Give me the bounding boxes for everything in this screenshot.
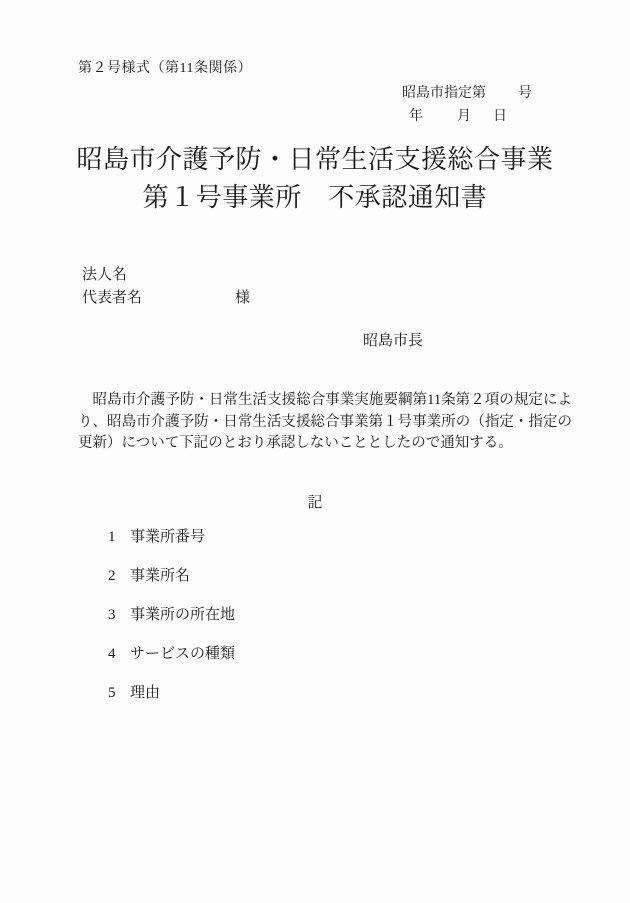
recipient-block: 法人名 代表者名様 bbox=[82, 264, 250, 310]
item-number: 5 bbox=[108, 686, 116, 701]
item-number: 1 bbox=[108, 530, 116, 545]
mayor-signature: 昭島市長 bbox=[363, 329, 423, 350]
honorific-label: 様 bbox=[235, 290, 250, 306]
designation-number-line: 昭島市指定第号 bbox=[402, 82, 532, 102]
item-label: 事業所番号 bbox=[130, 529, 205, 545]
list-item: 5理由 bbox=[108, 686, 235, 701]
list-item: 2事業所名 bbox=[108, 569, 235, 584]
item-number: 3 bbox=[108, 608, 116, 623]
item-label: 事業所の所在地 bbox=[130, 607, 235, 623]
list-item: 1事業所番号 bbox=[108, 530, 235, 545]
item-label: 事業所名 bbox=[130, 568, 190, 584]
item-number: 4 bbox=[108, 647, 116, 662]
document-page: 第２号様式（第11条関係） 昭島市指定第号 年月日 昭島市介護予防・日常生活支援… bbox=[0, 0, 630, 903]
item-label: 理由 bbox=[130, 685, 160, 701]
representative-line: 代表者名様 bbox=[82, 287, 250, 310]
date-year-label: 年 bbox=[409, 109, 423, 124]
notes-heading: 記 bbox=[0, 491, 630, 512]
date-line: 年月日 bbox=[409, 105, 507, 125]
designation-suffix: 号 bbox=[518, 86, 532, 101]
form-number: 第２号様式（第11条関係） bbox=[78, 57, 252, 77]
list-item: 3事業所の所在地 bbox=[108, 608, 235, 623]
document-title-line2: 第１号事業所 不承認通知書 bbox=[0, 179, 630, 217]
representative-name-label: 代表者名 bbox=[82, 290, 142, 306]
designation-prefix: 昭島市指定第 bbox=[402, 86, 486, 101]
date-day-label: 日 bbox=[493, 109, 507, 124]
document-title: 昭島市介護予防・日常生活支援総合事業 第１号事業所 不承認通知書 bbox=[0, 141, 630, 217]
document-title-line1: 昭島市介護予防・日常生活支援総合事業 bbox=[0, 141, 630, 179]
item-number: 2 bbox=[108, 569, 116, 584]
item-list: 1事業所番号 2事業所名 3事業所の所在地 4サービスの種類 5理由 bbox=[108, 530, 235, 725]
list-item: 4サービスの種類 bbox=[108, 647, 235, 662]
body-paragraph: 昭島市介護予防・日常生活支援総合事業実施要綱第11条第２項の規定により、昭島市介… bbox=[78, 390, 572, 455]
item-label: サービスの種類 bbox=[130, 646, 235, 662]
date-month-label: 月 bbox=[457, 109, 471, 124]
corporate-name-label: 法人名 bbox=[82, 264, 250, 287]
